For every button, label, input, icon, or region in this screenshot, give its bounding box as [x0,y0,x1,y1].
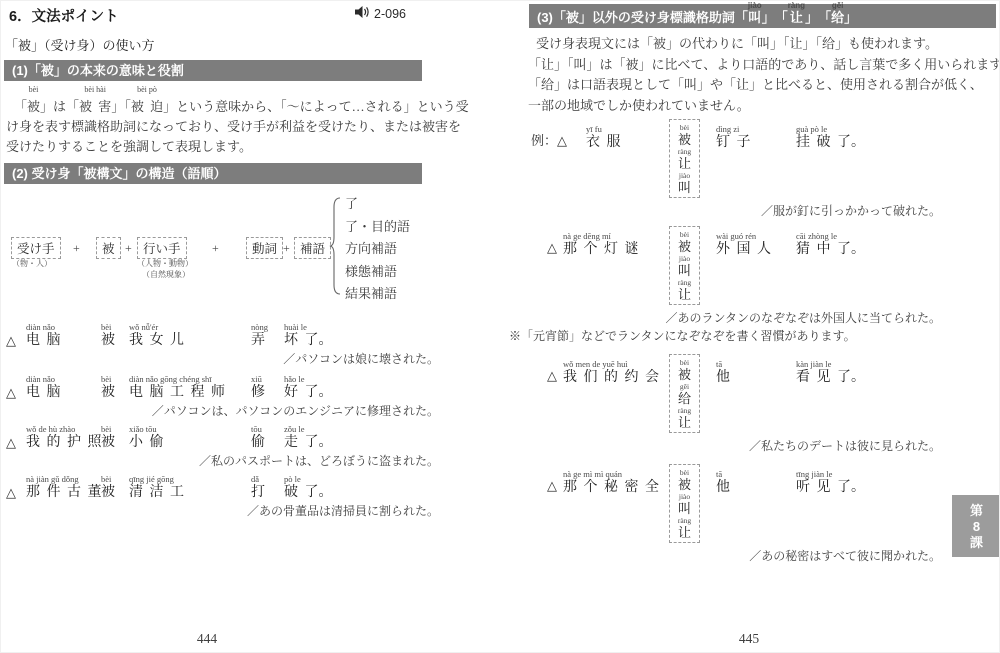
text-segment: 「 [775,10,788,25]
text-segment: 」 [805,10,818,25]
subject-column: wǒ de hù zhào我 的 护 照 [26,424,101,451]
japanese-translation: ／パソコンは娘に壊された。 [6,350,439,367]
agent-column: wǒ nǚ'ér我 女 儿 [129,322,251,349]
text-segment: 」「 [111,98,131,115]
bei-column: bèi被 [101,424,129,451]
hanzi-text: 修 [251,384,284,401]
hanzi-text: 那 个 秘 密 全 [563,479,659,496]
hanzi-text: 破 了。 [284,484,333,501]
pinyin-label: bèi [101,424,129,434]
pinyin-label: hǎo le [284,374,333,384]
japanese-translation: ／私のパスポートは、どろぼうに盗まれた。 [6,452,439,469]
agent-column: wài guó rén外 国 人 [716,231,771,258]
text-segment: 「 [735,10,748,25]
hanzi-text: 我 们 的 约 会 [563,369,659,386]
audio-track-indicator: 2-096 [354,5,406,22]
cultural-note: ※「元宵節」などでランタンになぞなぞを書く習慣があります。 [509,327,856,344]
hanzi-text: 电 脑 工 程 师 [129,384,251,401]
particle-option: ràng让 [678,147,691,171]
paragraph-line: 「给」は口語表現として「叫」や「让」と比べると、使用される割合が低く、 [528,75,998,96]
example-prefix: △ [547,367,557,384]
particle-choice-box: bèi被 jiào叫 ràng让 [669,226,700,305]
japanese-translation: ／服が釘に引っかかって破れた。 [501,202,941,219]
pinyin-label: jiào [678,171,691,180]
hanzi-word: 给 [831,10,844,25]
pinyin-label: zǒu le [284,424,333,434]
text-segment: 「 [14,98,27,115]
example-row: △ diàn nǎo电 脑 bèi被 wǒ nǚ'ér我 女 儿 nòng弄 h… [6,322,439,349]
verb-column: nòng弄 [251,322,284,349]
subject-column: diàn nǎo电 脑 [26,374,101,401]
agent-column: dìng zi钉 子 [716,124,751,151]
right-page: (3)「被」以外の受け身標識格助詞「jiào叫」「ràng让」「gěi给」 受け… [501,1,1000,653]
hanzi-word: 被 害 [79,98,111,115]
hanzi-text: 被 [101,484,129,501]
page-title: 6．文法ポイント [9,5,119,26]
hanzi-text: 电 脑 [26,384,101,401]
hanzi-text: 电 脑 [26,332,101,349]
hanzi-text: 被 [678,239,691,254]
example-sentence: △ diàn nǎo电 脑 bèi被 wǒ nǚ'ér我 女 儿 nòng弄 h… [6,322,439,367]
pinyin-label: diàn nǎo [26,322,101,332]
example-sentence: △ wǒ men de yuē huì我 们 的 约 会 bèi被 gěi给 r… [501,359,1000,475]
hanzi-text: 好 了。 [284,384,333,401]
curly-brace [329,197,341,300]
example-row: △ wǒ de hù zhào我 的 护 照 bèi被 xiǎo tōu小 偷 … [6,424,439,451]
complement-item: 了・目的語 [345,216,410,239]
particle-option: bèi被 [678,358,691,382]
diagram-note-agent-2: （自然現象） [142,269,190,280]
japanese-translation: ／パソコンは、パソコンのエンジニアに修理された。 [6,402,439,419]
plus-sign: + [212,241,219,256]
paragraph-line: 「让」「叫」は「被」に比べて、より口語的であり、話し言葉で多く用いられます。 [528,55,998,76]
pinyin-label: pò le [284,474,333,484]
hanzi-text: 他 [716,479,730,496]
complement-item: 方向補語 [345,238,410,261]
hanzi-text: 让 [678,287,691,302]
example-row: △ nà jiàn gǔ dǒng那 件 古 董 bèi被 qīng jié g… [6,474,439,501]
pinyin-label: diàn nǎo [26,374,101,384]
hanzi-text: 被 [678,477,691,492]
bei-column: bèi被 [101,374,129,401]
pinyin-label: bèi [678,230,691,239]
diagram-box-verb: 動詞 [246,237,283,259]
agent-column: tā他 [716,469,730,496]
pinyin-label: gěi [832,1,844,10]
chapter-tab-char: 8 [973,519,980,534]
diagram-note-receiver: （物・人） [12,258,52,269]
text-segment: 「 [818,10,831,25]
verb-column: tīng jiàn le听 见 了。 [796,469,865,496]
pinyin-label: bèi pò [137,81,157,98]
verb-column: cāi zhòng le猜 中 了。 [796,231,865,258]
hanzi-word: 被 迫 [131,98,163,115]
hanzi-text: 我 的 护 照 [26,434,101,451]
pinyin-label: jiào [678,254,691,263]
particle-option: bèi被 [678,123,691,147]
verb-column: tōu偷 [251,424,284,451]
complement-item: 結果補語 [345,283,410,306]
example-sentence: △ wǒ de hù zhào我 的 护 照 bèi被 xiǎo tōu小 偷 … [6,424,439,469]
japanese-translation: ／あの骨董品は清掃員に割られた。 [6,502,439,519]
diagram-box-agent: 行い手 [137,237,187,259]
japanese-translation: ／あのランタンのなぞなぞは外国人に当てられた。 [501,309,941,326]
pinyin-label: nòng [251,322,284,332]
subject-column: diàn nǎo电 脑 [26,322,101,349]
ruby-word: ràng让 [788,1,805,25]
pinyin-label: wǒ men de yuē huì [563,359,659,369]
pinyin-label: ràng [678,406,691,415]
hanzi-text: 弄 [251,332,284,349]
hanzi-text: 打 [251,484,284,501]
triangle-marker: △ [6,384,26,401]
pinyin-label: bèi [101,374,129,384]
pinyin-label: bèi [678,468,691,477]
section-3-paragraph: 受け身表現文には「被」の代わりに「叫」「让」「给」も使われます。 「让」「叫」は… [528,34,998,116]
particle-choice-box: bèi被 ràng让 jiào叫 [669,119,700,198]
section-3-title: (3)「被」以外の受け身標識格助詞 [537,10,735,25]
particle-choice-box: bèi被 gěi给 ràng让 [669,354,700,433]
pinyin-label: qīng jié gōng [129,474,251,484]
hanzi-text: 挂 破 了。 [796,134,865,151]
particle-option: ràng让 [678,406,691,430]
lesson-subtitle: 「被」（受け身）の使い方 [5,35,155,54]
text-segment: 」という意味から、「～によって…される」という受 [163,98,469,115]
hanzi-word: 叫 [748,10,761,25]
example-prefix: 例：△ [531,132,567,149]
example-sentence: 例：△ yī fu衣 服 bèi被 ràng让 jiào叫 dìng zi钉 子… [501,124,1000,240]
pinyin-label: cāi zhòng le [796,231,865,241]
hanzi-text: 让 [678,156,691,171]
pinyin-label: ràng [788,1,805,10]
speaker-icon [354,5,370,22]
example-prefix: △ [547,477,557,494]
particle-option: ràng让 [678,278,691,302]
pinyin-label: nà jiàn gǔ dǒng [26,474,101,484]
diagram-note-agent-1: （人物・動物） [137,258,193,269]
example-prefix: △ [547,239,557,256]
example-sentence: △ nà ge dēng mí那 个 灯 谜 bèi被 jiào叫 ràng让 … [501,231,1000,347]
hanzi-text: 给 [678,391,691,406]
hanzi-text: 叫 [678,263,691,278]
textbook-spread: 6．文法ポイント 2-096 「被」（受け身）の使い方 (1)「被」の本来の意味… [0,0,1000,653]
diagram-box-bei: 被 [96,237,121,259]
section-1-title: (1)「被」の本来の意味と役割 [12,63,184,78]
pinyin-label: huài le [284,322,333,332]
agent-column: xiǎo tōu小 偷 [129,424,251,451]
hanzi-text: 被 [101,332,129,349]
verb-column: dǎ打 [251,474,284,501]
particle-choice-box: bèi被 jiào叫 ràng让 [669,464,700,543]
ruby-word: bèi被 [27,81,40,115]
page-number-right: 445 [727,631,771,647]
hanzi-text: 那 个 灯 谜 [563,241,639,258]
pinyin-label: bèi [29,81,39,98]
section-1-header: (1)「被」の本来の意味と役割 [4,60,422,81]
pinyin-label: nà ge dēng mí [563,231,639,241]
hanzi-text: 清 洁 工 [129,484,251,501]
pinyin-label: bèi [678,358,691,367]
ruby-word: jiào叫 [748,1,762,25]
ruby-word: bèi hài被 害 [79,81,111,115]
hanzi-text: 小 偷 [129,434,251,451]
particle-option: bèi被 [678,230,691,254]
pinyin-label: dǎ [251,474,284,484]
agent-column: tā他 [716,359,730,386]
hanzi-text: 被 [678,132,691,147]
pinyin-label: diàn nǎo gōng chéng shī [129,374,251,384]
pinyin-label: bèi [101,322,129,332]
section-3-header: (3)「被」以外の受け身標識格助詞「jiào叫」「ràng让」「gěi给」 [529,4,996,28]
hanzi-text: 猜 中 了。 [796,241,865,258]
pinyin-label: xiū [251,374,284,384]
agent-column: diàn nǎo gōng chéng shī电 脑 工 程 师 [129,374,251,401]
hanzi-text: 被 [101,434,129,451]
text-segment: 」は「 [40,98,79,115]
pinyin-label: tōu [251,424,284,434]
hanzi-text: 他 [716,369,730,386]
triangle-marker: △ [6,434,26,451]
subject-column: wǒ men de yuē huì我 们 的 约 会 [563,359,659,386]
particle-option: jiào叫 [678,171,691,195]
paragraph-line: 「bèi被」は「bèi hài被 害」「bèi pò被 迫」という意味から、「～… [6,81,442,115]
hanzi-text: 叫 [678,180,691,195]
diagram-box-complement: 補語 [294,237,331,259]
hanzi-text: 外 国 人 [716,241,771,258]
ruby-word: bèi pò被 迫 [131,81,163,115]
complement-type-list: 了 了・目的語 方向補語 様態補語 結果補語 [345,193,410,306]
pinyin-label: nà ge mì mì quán [563,469,659,479]
chapter-tab: 第 8 課 [952,495,1000,557]
triangle-marker: △ [6,332,26,349]
pinyin-label: jiào [748,1,762,10]
hanzi-text: 走 了。 [284,434,333,451]
left-page: 6．文法ポイント 2-096 「被」（受け身）の使い方 (1)「被」の本来の意味… [1,1,501,653]
pinyin-label: tīng jiàn le [796,469,865,479]
hanzi-text: 坏 了。 [284,332,333,349]
hanzi-word: 让 [790,10,803,25]
hanzi-text: 看 见 了。 [796,369,865,386]
complement-column: zǒu le走 了。 [284,424,333,451]
pinyin-label: jiào [678,492,691,501]
bei-column: bèi被 [101,474,129,501]
bei-column: bèi被 [101,322,129,349]
text-segment: 」 [762,10,775,25]
subject-column: nà ge mì mì quán那 个 秘 密 全 [563,469,659,496]
example-row: △ diàn nǎo电 脑 bèi被 diàn nǎo gōng chéng s… [6,374,439,401]
verb-column: xiū修 [251,374,284,401]
particle-option: jiào叫 [678,492,691,516]
hanzi-text: 听 见 了。 [796,479,865,496]
pinyin-label: tā [716,359,730,369]
paragraph-line: 一部の地域でしか使われていません。 [528,96,998,117]
hanzi-text: 偷 [251,434,284,451]
pinyin-label: yī fu [586,124,621,134]
paragraph-line: 受け身表現文には「被」の代わりに「叫」「让」「给」も使われます。 [528,34,998,55]
hanzi-text: 那 件 古 董 [26,484,101,501]
section-1-paragraph: 「bèi被」は「bèi hài被 害」「bèi pò被 迫」という意味から、「～… [6,81,442,157]
example-sentence: △ diàn nǎo电 脑 bèi被 diàn nǎo gōng chéng s… [6,374,439,419]
pinyin-label: ràng [678,278,691,287]
pinyin-label: wài guó rén [716,231,771,241]
pinyin-label: kàn jiàn le [796,359,865,369]
complement-item: 了 [345,193,410,216]
pinyin-label: wǒ nǚ'ér [129,322,251,332]
pinyin-label: ràng [678,147,691,156]
hanzi-text: 让 [678,525,691,540]
particle-option: bèi被 [678,468,691,492]
subject-column: yī fu衣 服 [586,124,621,151]
example-sentence: △ nà ge mì mì quán那 个 秘 密 全 bèi被 jiào叫 r… [501,469,1000,585]
pinyin-label: tā [716,469,730,479]
verb-column: guà pò le挂 破 了。 [796,124,865,151]
verb-column: kàn jiàn le看 见 了。 [796,359,865,386]
hanzi-text: 衣 服 [586,134,621,151]
subject-column: nà jiàn gǔ dǒng那 件 古 董 [26,474,101,501]
pinyin-label: bèi hài [84,81,106,98]
plus-sign: + [283,241,290,256]
chapter-tab-char: 課 [970,535,983,550]
plus-sign: + [73,241,80,256]
audio-track-number: 2-096 [374,7,406,21]
pinyin-label: guà pò le [796,124,865,134]
page-number-left: 444 [185,631,229,647]
particle-option: ràng让 [678,516,691,540]
japanese-translation: ／あの秘密はすべて彼に聞かれた。 [501,547,941,564]
japanese-translation: ／私たちのデートは彼に見られた。 [501,437,941,454]
ruby-word: gěi给 [831,1,844,25]
agent-column: qīng jié gōng清 洁 工 [129,474,251,501]
hanzi-text: 钉 子 [716,134,751,151]
subject-column: nà ge dēng mí那 个 灯 谜 [563,231,639,258]
pinyin-label: xiǎo tōu [129,424,251,434]
plus-sign: + [125,241,132,256]
pinyin-label: wǒ de hù zhào [26,424,101,434]
section-2-header: (2) 受け身「被構文」の構造（語順） [4,163,422,184]
paragraph-line: け身を表す標識格助詞になっており、受け手が利益を受けたり、または被害を [6,117,442,137]
complement-column: huài le坏 了。 [284,322,333,349]
hanzi-text: 我 女 儿 [129,332,251,349]
hanzi-text: 被 [678,367,691,382]
complement-item: 様態補語 [345,261,410,284]
hanzi-text: 让 [678,415,691,430]
text-segment: 」 [844,10,857,25]
pinyin-label: gěi [678,382,691,391]
pinyin-label: dìng zi [716,124,751,134]
hanzi-text: 被 [101,384,129,401]
pinyin-label: bèi [101,474,129,484]
section-2-title: (2) 受け身「被構文」の構造（語順） [12,166,227,181]
pinyin-label: bèi [678,123,691,132]
example-sentence: △ nà jiàn gǔ dǒng那 件 古 董 bèi被 qīng jié g… [6,474,439,519]
particle-option: jiào叫 [678,254,691,278]
complement-column: hǎo le好 了。 [284,374,333,401]
complement-column: pò le破 了。 [284,474,333,501]
triangle-marker: △ [6,484,26,501]
hanzi-word: 被 [27,98,40,115]
paragraph-line: 受けたりすることを強調して表現します。 [6,137,442,157]
chapter-tab-char: 第 [970,503,983,518]
hanzi-text: 叫 [678,501,691,516]
particle-option: gěi给 [678,382,691,406]
pinyin-label: ràng [678,516,691,525]
diagram-box-receiver: 受け手 [11,237,61,259]
